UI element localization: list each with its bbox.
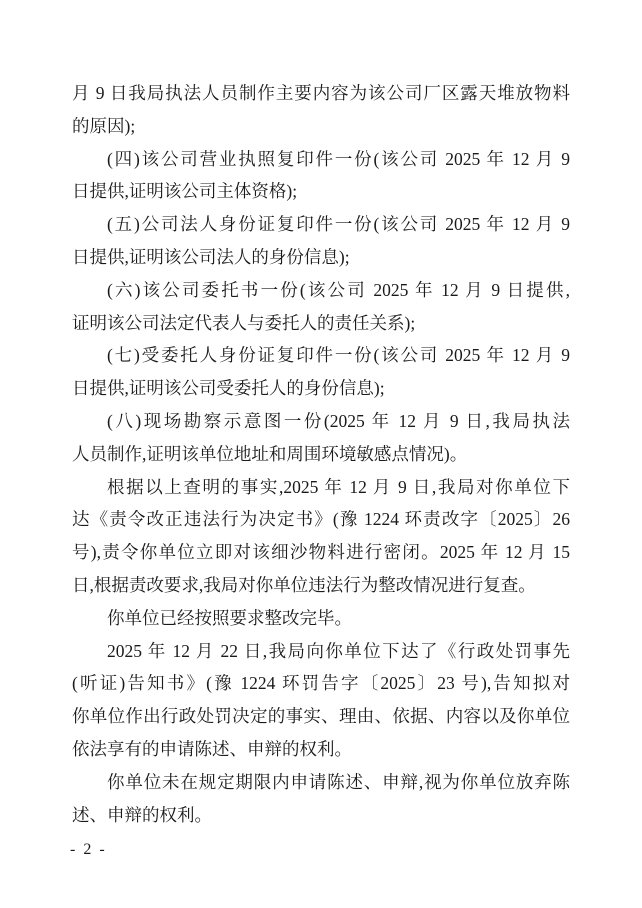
text-line: 你单位已经按照要求整改完毕。 xyxy=(72,602,570,635)
document-body: 月 9 日我局执法人员制作主要内容为该公司厂区露天堆放物料的原因);(四)该公司… xyxy=(72,77,570,831)
text-line: 你单位作出行政处罚决定的事实、理由、依据、内容以及你单位 xyxy=(72,700,570,733)
text-line: 日提供,证明该公司主体资格); xyxy=(72,175,570,208)
text-line: 述、申辩的权利。 xyxy=(72,799,570,832)
text-line: 你单位未在规定期限内申请陈述、申辩,视为你单位放弃陈 xyxy=(72,766,570,799)
text-line: 月 9 日我局执法人员制作主要内容为该公司厂区露天堆放物料 xyxy=(72,77,570,110)
text-line: (六)该公司委托书一份(该公司 2025 年 12 月 9 日提供, xyxy=(72,274,570,307)
text-line: 号),责令你单位立即对该细沙物料进行密闭。2025 年 12 月 15 xyxy=(72,536,570,569)
text-line: (八)现场勘察示意图一份(2025 年 12 月 9 日,我局执法 xyxy=(72,405,570,438)
text-line: (五)公司法人身份证复印件一份(该公司 2025 年 12 月 9 xyxy=(72,208,570,241)
text-line: 的原因); xyxy=(72,110,570,143)
page-number: - 2 - xyxy=(70,840,107,860)
text-line: 日,根据责改要求,我局对你单位违法行为整改情况进行复查。 xyxy=(72,569,570,602)
text-line: (听证)告知书》(豫 1224 环罚告字〔2025〕23 号),告知拟对 xyxy=(72,667,570,700)
text-line: 根据以上查明的事实,2025 年 12 月 9 日,我局对你单位下 xyxy=(72,471,570,504)
text-line: 日提供,证明该公司受委托人的身份信息); xyxy=(72,372,570,405)
text-line: 证明该公司法定代表人与委托人的责任关系); xyxy=(72,307,570,340)
text-line: 达《责令改正违法行为决定书》(豫 1224 环责改字〔2025〕26 xyxy=(72,503,570,536)
text-line: 依法享有的申请陈述、申辩的权利。 xyxy=(72,733,570,766)
document-page: 月 9 日我局执法人员制作主要内容为该公司厂区露天堆放物料的原因);(四)该公司… xyxy=(0,0,642,908)
text-line: 日提供,证明该公司法人的身份信息); xyxy=(72,241,570,274)
text-line: (四)该公司营业执照复印件一份(该公司 2025 年 12 月 9 xyxy=(72,143,570,176)
text-line: (七)受委托人身份证复印件一份(该公司 2025 年 12 月 9 xyxy=(72,339,570,372)
text-line: 2025 年 12 月 22 日,我局向你单位下达了《行政处罚事先 xyxy=(72,635,570,668)
text-line: 人员制作,证明该单位地址和周围环境敏感点情况)。 xyxy=(72,438,570,471)
